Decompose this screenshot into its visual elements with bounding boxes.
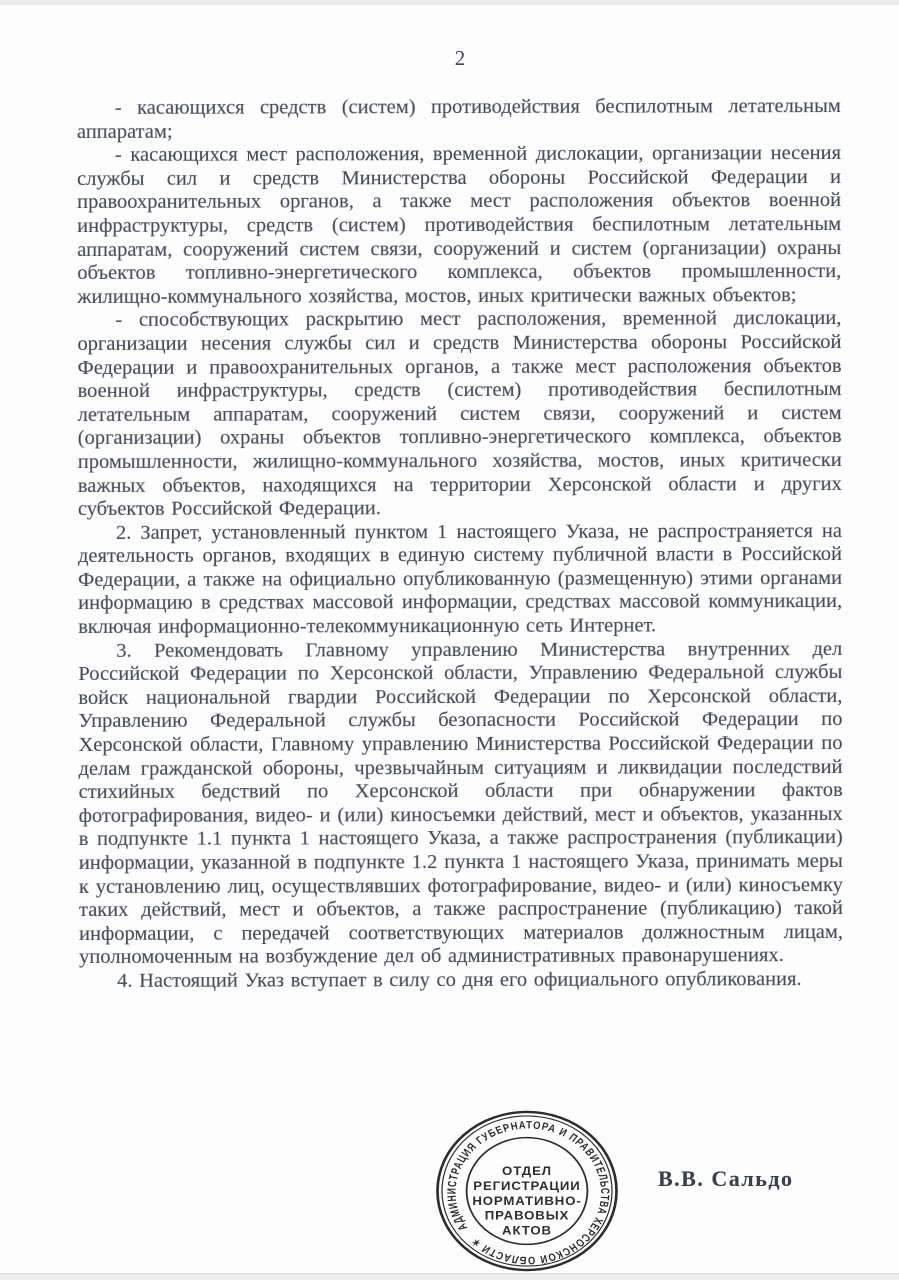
scan-edge-bottom xyxy=(0,1273,899,1280)
stamp-center-line-1: ОТДЕЛ xyxy=(502,1165,552,1178)
stamp-center-line-3: НОРМАТИВНО- xyxy=(472,1195,581,1208)
document-paragraph: 4. Настоящий Указ вступает в силу со дня… xyxy=(79,968,843,994)
scan-edge-top xyxy=(0,0,899,5)
page-number: 2 xyxy=(78,46,842,71)
document-paragraph: - касающихся мест расположения, временно… xyxy=(77,142,841,309)
document-paragraph: 3. Рекомендовать Главному управлению Мин… xyxy=(78,638,843,970)
document-paragraph: 2. Запрет, установленный пунктом 1 насто… xyxy=(78,520,842,640)
document-body: - касающихся средств (систем) противодей… xyxy=(77,95,843,994)
document-page: 2 - касающихся средств (систем) противод… xyxy=(0,0,899,1280)
signature-name: В.В. Сальдо xyxy=(658,1166,838,1192)
document-paragraph: - касающихся средств (систем) противодей… xyxy=(77,95,841,144)
document-paragraph: - способствующих раскрытию мест располож… xyxy=(77,307,842,521)
stamp-center-line-4: ПРАВОВЫХ xyxy=(485,1209,569,1222)
stamp-center-line-5: АКТОВ xyxy=(502,1224,552,1237)
stamp-center-line-2: РЕГИСТРАЦИИ xyxy=(473,1180,580,1193)
registration-stamp: АДМИНИСТРАЦИЯ ГУБЕРНАТОРА И ПРАВИТЕЛЬСТВ… xyxy=(433,1108,621,1274)
